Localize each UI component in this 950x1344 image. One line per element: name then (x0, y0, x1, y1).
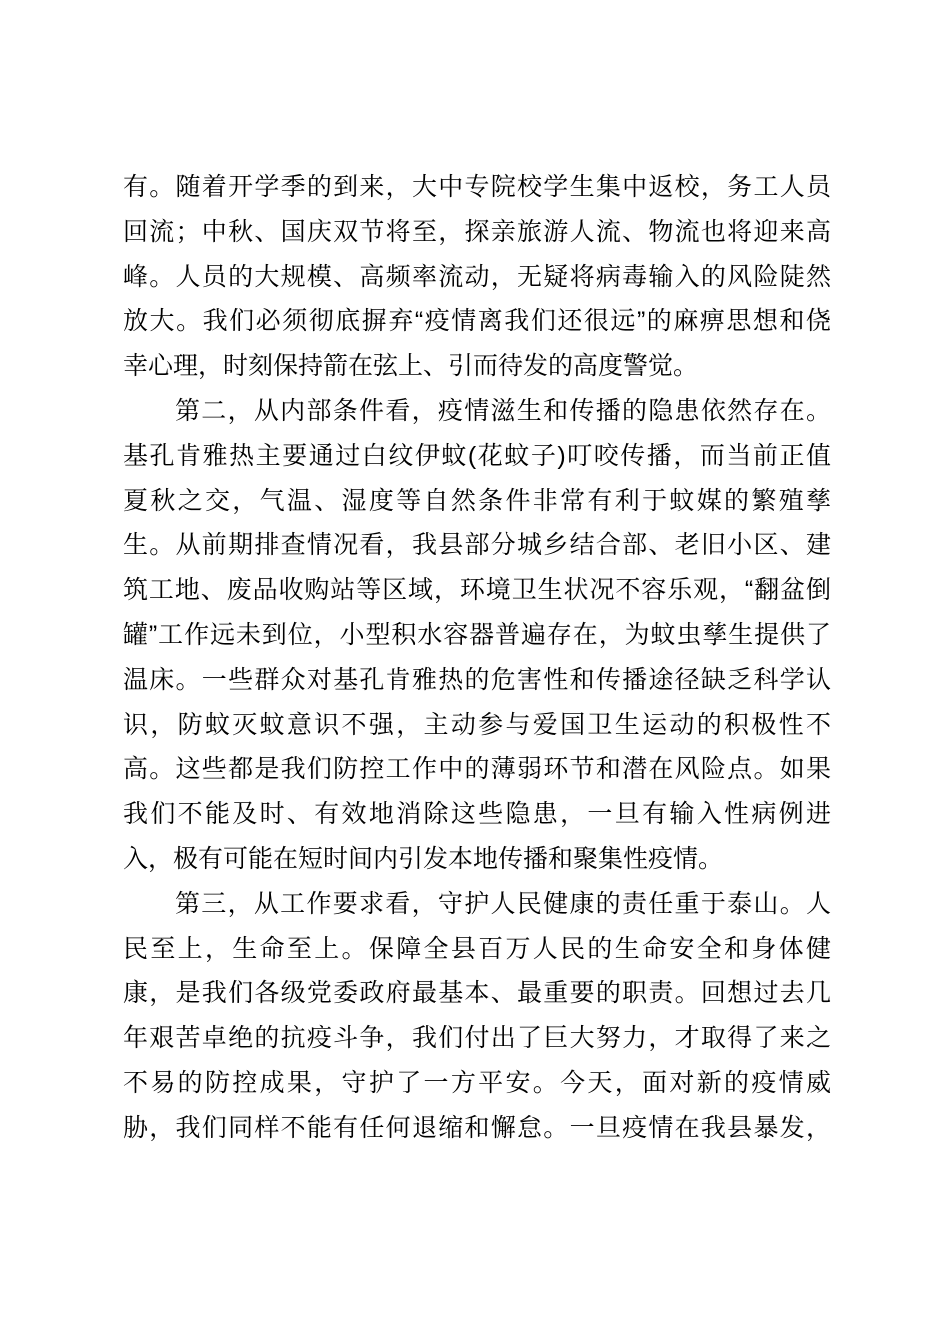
text-line: 罐”工作远未到位，小型积水容器普遍存在，为蚊虫孳生提供了 (123, 613, 831, 658)
text-line: 峰。人员的大规模、高频率流动，无疑将病毒输入的风险陡然 (123, 255, 831, 300)
text-line: 年艰苦卓绝的抗疫斗争，我们付出了巨大努力，才取得了来之 (123, 1016, 831, 1061)
paragraph-2: 第二，从内部条件看，疫情滋生和传播的隐患依然存在。 基孔肯雅热主要通过白纹伊蚊(… (123, 389, 831, 882)
text-line: 不易的防控成果，守护了一方平安。今天，面对新的疫情威 (123, 1061, 831, 1106)
document-text-block: 有。随着开学季的到来，大中专院校学生集中返校，务工人员 回流；中秋、国庆双节将至… (123, 165, 831, 1151)
text-line: 入，极有可能在短时间内引发本地传播和聚集性疫情。 (123, 837, 831, 882)
text-line: 第二，从内部条件看，疫情滋生和传播的隐患依然存在。 (123, 389, 831, 434)
text-line: 高。这些都是我们防控工作中的薄弱环节和潜在风险点。如果 (123, 747, 831, 792)
text-line: 康，是我们各级党委政府最基本、最重要的职责。回想过去几 (123, 971, 831, 1016)
text-line: 回流；中秋、国庆双节将至，探亲旅游人流、物流也将迎来高 (123, 210, 831, 255)
text-line: 识，防蚊灭蚊意识不强，主动参与爱国卫生运动的积极性不 (123, 703, 831, 748)
text-line: 我们不能及时、有效地消除这些隐患，一旦有输入性病例进 (123, 792, 831, 837)
text-line: 民至上，生命至上。保障全县百万人民的生命安全和身体健 (123, 927, 831, 972)
text-line: 第三，从工作要求看，守护人民健康的责任重于泰山。人 (123, 882, 831, 927)
paragraph-3: 第三，从工作要求看，守护人民健康的责任重于泰山。人 民至上，生命至上。保障全县百… (123, 882, 831, 1151)
paragraph-1: 有。随着开学季的到来，大中专院校学生集中返校，务工人员 回流；中秋、国庆双节将至… (123, 165, 831, 389)
text-line: 筑工地、废品收购站等区域，环境卫生状况不容乐观，“翻盆倒 (123, 568, 831, 613)
text-line: 温床。一些群众对基孔肯雅热的危害性和传播途径缺乏科学认 (123, 658, 831, 703)
text-line: 幸心理，时刻保持箭在弦上、引而待发的高度警觉。 (123, 344, 831, 389)
text-line: 胁，我们同样不能有任何退缩和懈怠。一旦疫情在我县暴发， (123, 1106, 831, 1151)
document-page: 有。随着开学季的到来，大中专院校学生集中返校，务工人员 回流；中秋、国庆双节将至… (0, 0, 950, 1344)
text-line: 放大。我们必须彻底摒弃“疫情离我们还很远”的麻痹思想和侥 (123, 299, 831, 344)
text-line: 生。从前期排查情况看，我县部分城乡结合部、老旧小区、建 (123, 523, 831, 568)
text-line: 有。随着开学季的到来，大中专院校学生集中返校，务工人员 (123, 165, 831, 210)
text-line: 夏秋之交，气温、湿度等自然条件非常有利于蚊媒的繁殖孳 (123, 479, 831, 524)
text-line: 基孔肯雅热主要通过白纹伊蚊(花蚊子)叮咬传播，而当前正值 (123, 434, 831, 479)
